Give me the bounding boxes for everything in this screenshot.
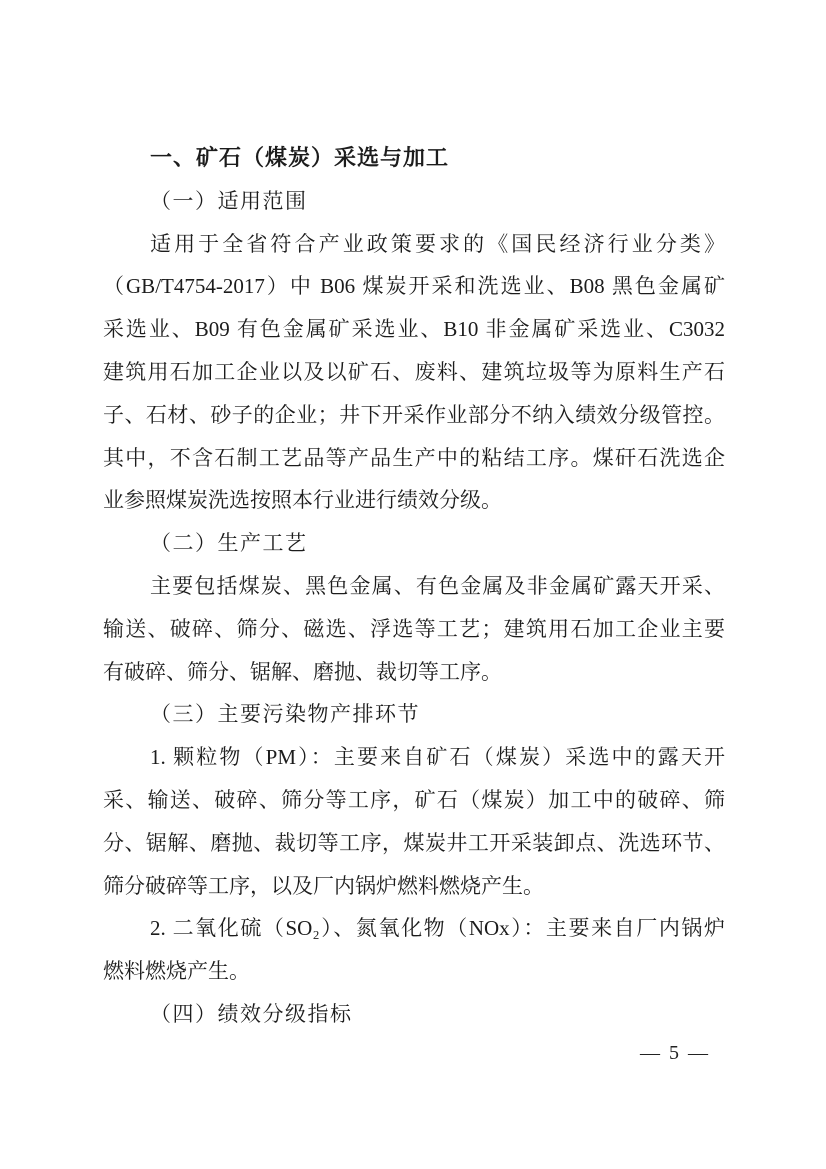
- paragraph-line: 筛分破碎等工序，以及厂内锅炉燃料燃烧产生。: [103, 865, 725, 908]
- paragraph-line: 适用于全省符合产业政策要求的《国民经济行业分类》: [103, 223, 725, 266]
- paragraph-line: 分、锯解、磨抛、裁切等工序，煤炭井工开采装卸点、洗选环节、: [103, 822, 725, 865]
- paragraph-line: 燃料燃烧产生。: [103, 950, 725, 993]
- paragraph-line: 有破碎、筛分、锯解、磨抛、裁切等工序。: [103, 651, 725, 694]
- paragraph-line: 主要包括煤炭、黑色金属、有色金属及非金属矿露天开采、: [103, 565, 725, 608]
- paragraph-line: 建筑用石加工企业以及以矿石、废料、建筑垃圾等为原料生产石: [103, 351, 725, 394]
- subsection-heading-4: （四）绩效分级指标: [103, 993, 725, 1036]
- section-title: 一、矿石（煤炭）采选与加工: [103, 137, 725, 180]
- paragraph-line: 采、输送、破碎、筛分等工序，矿石（煤炭）加工中的破碎、筛: [103, 779, 725, 822]
- subsection-heading-1: （一）适用范围: [103, 180, 725, 223]
- subsection-heading-2: （二）生产工艺: [103, 522, 725, 565]
- paragraph-line: 子、石材、砂子的企业；井下开采作业部分不纳入绩效分级管控。: [103, 394, 725, 437]
- document-content: 一、矿石（煤炭）采选与加工 （一）适用范围 适用于全省符合产业政策要求的《国民经…: [103, 137, 725, 1036]
- paragraph-line: （GB/T4754-2017）中 B06 煤炭开采和洗选业、B08 黑色金属矿: [103, 265, 725, 308]
- paragraph-line: 2. 二氧化硫（SO₂）、氮氧化物（NOx）：主要来自厂内锅炉: [103, 907, 725, 950]
- paragraph-line: 1. 颗粒物（PM）：主要来自矿石（煤炭）采选中的露天开: [103, 736, 725, 779]
- subsection-heading-3: （三）主要污染物产排环节: [103, 693, 725, 736]
- page-number: — 5 —: [640, 1041, 710, 1065]
- paragraph-line: 业参照煤炭洗选按照本行业进行绩效分级。: [103, 479, 725, 522]
- document-page: 一、矿石（煤炭）采选与加工 （一）适用范围 适用于全省符合产业政策要求的《国民经…: [0, 0, 826, 1169]
- paragraph-line: 输送、破碎、筛分、磁选、浮选等工艺；建筑用石加工企业主要: [103, 608, 725, 651]
- paragraph-line: 其中，不含石制工艺品等产品生产中的粘结工序。煤矸石洗选企: [103, 437, 725, 480]
- paragraph-line: 采选业、B09 有色金属矿采选业、B10 非金属矿采选业、C3032: [103, 308, 725, 351]
